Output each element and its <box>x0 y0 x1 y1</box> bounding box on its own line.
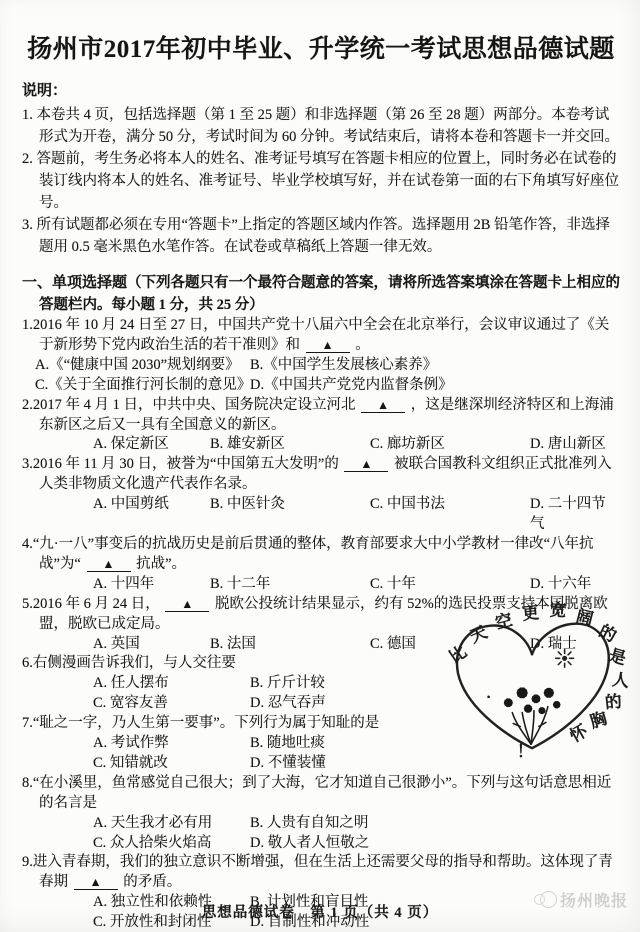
cartoon-caption-glyph: 阔 <box>574 605 595 629</box>
option-d: D. 敬人者人恒敬之 <box>250 834 620 854</box>
instructions-label: 说明： <box>22 80 620 102</box>
option-b: B. 人贵有自知之明 <box>250 814 620 834</box>
instruction-item-1: 1. 本卷共 4 页，包括选择题（第 1 至 25 题）和非选择题（第 26 至… <box>22 104 620 148</box>
option-a: A. 中国剪纸 <box>93 495 210 535</box>
answer-blank: ▲ <box>306 339 350 353</box>
option-b: B.《中国学生发展核心素养》 <box>250 356 620 376</box>
option-d: D. 唐山新区 <box>530 435 620 455</box>
question-options: A. 中国剪纸 B. 中医针灸 C. 中国书法 D. 二十四节气 <box>93 495 620 535</box>
option-c: C. 十年 <box>370 575 530 595</box>
option-c: C. 廊坊新区 <box>370 435 530 455</box>
cartoon-caption-glyph: 更 <box>521 603 540 624</box>
option-c: C. 众人拾柴火焰高 <box>93 834 250 854</box>
newspaper-logo-icon <box>540 891 557 908</box>
option-a: A. 英国 <box>93 635 210 655</box>
question-1: 1.2016 年 10 月 24 日至 27 日，中国共产党十八届六中全会在北京… <box>22 316 620 396</box>
answer-blank: ▲ <box>165 598 209 612</box>
option-d: D. 二十四节气 <box>530 495 620 535</box>
option-d: D.《中国共产党党内监督条例》 <box>250 376 620 396</box>
question-2: 2.2017 年 4 月 1 日，中共中央、国务院决定设立河北 ▲ ，这是继深圳… <box>22 396 620 456</box>
cartoon-caption-glyph: 的 <box>596 620 620 645</box>
exam-paper-page: 扬州市2017年初中毕业、升学统一考试思想品德试题 说明： 1. 本卷共 4 页… <box>0 0 640 932</box>
question-stem: 2.2017 年 4 月 1 日，中共中央、国务院决定设立河北 ▲ ，这是继深圳… <box>22 396 620 436</box>
instruction-item-2: 2. 答题前，考生务必将本人的姓名、准考证号填写在答题卡相应的位置上，同时务必在… <box>22 148 620 214</box>
option-b: B. 十二年 <box>210 575 370 595</box>
answer-blank: ▲ <box>87 558 131 572</box>
comic-illustration: 比天空更宽阔的是人的胸怀！ <box>436 602 634 762</box>
instruction-item-3: 3. 所有试题都必须在专用“答题卡”上指定的答题区域内作答。选择题用 2B 铅笔… <box>22 214 620 258</box>
question-options: A. 保定新区 B. 雄安新区 C. 廊坊新区 D. 唐山新区 <box>93 435 620 455</box>
question-8: 8.“在小溪里，鱼常感觉自己很大；到了大海，它才知道自己很渺小”。下列与这句话意… <box>22 774 620 854</box>
section-heading: 一、单项选择题（下列各题只有一个最符合题意的答案，请将所选答案填涂在答题卡上相应… <box>22 273 620 316</box>
cartoon-caption-glyph: 的 <box>604 691 623 713</box>
option-a: A. 天生我才必有用 <box>93 814 250 834</box>
option-a: A. 保定新区 <box>93 435 210 455</box>
question-stem: 8.“在小溪里，鱼常感觉自己很大；到了大海，它才知道自己很渺小”。下列与这句话意… <box>22 774 620 814</box>
cartoon-caption-glyph: 是 <box>607 646 629 669</box>
exam-title: 扬州市2017年初中毕业、升学统一考试思想品德试题 <box>22 34 620 66</box>
option-d: D. 十六年 <box>530 575 620 595</box>
newspaper-watermark-text: 扬州晚报 <box>560 888 628 911</box>
flower-bouquet <box>487 686 561 744</box>
cartoon-caption-glyph: ！ <box>517 742 534 761</box>
sparkle-icon <box>556 649 574 667</box>
newspaper-watermark: 扬州晚报 <box>540 888 628 911</box>
answer-blank: ▲ <box>361 399 405 413</box>
question-stem: 4.“九·一八”事变后的抗战历史是前后贯通的整体，教育部要求大中小学教材一律改“… <box>22 535 620 575</box>
answer-blank: ▲ <box>74 876 118 890</box>
question-options: A. 十四年 B. 十二年 C. 十年 D. 十六年 <box>93 575 620 595</box>
question-stem: 9.进入青春期，我们的独立意识不断增强，但在生活上还需要父母的指导和帮助。这体现… <box>22 853 620 893</box>
question-stem: 3.2016 年 11 月 30 日，被誉为“中国第五大发明”的 ▲ 被联合国教… <box>22 455 620 495</box>
question-options: A. 天生我才必有用 B. 人贵有自知之明 C. 众人拾柴火焰高 D. 敬人者人… <box>93 814 620 854</box>
question-3: 3.2016 年 11 月 30 日，被誉为“中国第五大发明”的 ▲ 被联合国教… <box>22 455 620 535</box>
option-c: C.《关于全面推行河长制的意见》 <box>35 376 250 396</box>
cartoon-caption-glyph: 人 <box>611 670 630 691</box>
comic-svg: 比天空更宽阔的是人的胸怀！ <box>436 602 634 762</box>
option-a: A. 考试作弊 <box>93 734 250 754</box>
section-description: （下列各题只有一个最符合题意的答案，请将所选答案填涂在答题卡上相应的答题栏内。每… <box>39 275 620 313</box>
option-b: B. 雄安新区 <box>210 435 370 455</box>
answer-blank: ▲ <box>344 458 388 472</box>
option-c: C. 中国书法 <box>370 495 530 535</box>
cartoon-caption-glyph: 比 <box>445 641 470 667</box>
cartoon-caption-glyph: 宽 <box>549 602 567 620</box>
option-a: A.《“健康中国 2030”规划纲要》 <box>35 356 250 376</box>
question-stem: 1.2016 年 10 月 24 日至 27 日，中国共产党十八届六中全会在北京… <box>22 316 620 356</box>
section-title: 一、单项选择题 <box>22 275 127 291</box>
cartoon-caption-glyph: 空 <box>493 609 515 633</box>
question-options: A.《“健康中国 2030”规划纲要》 B.《中国学生发展核心素养》 C.《关于… <box>35 356 620 396</box>
question-4: 4.“九·一八”事变后的抗战历史是前后贯通的整体，教育部要求大中小学教材一律改“… <box>22 535 620 595</box>
option-b: B. 中医针灸 <box>210 495 370 535</box>
option-c: C. 宽容友善 <box>93 694 250 714</box>
option-b: B. 法国 <box>210 635 370 655</box>
option-a: A. 任人摆布 <box>93 674 250 694</box>
option-a: A. 十四年 <box>93 575 210 595</box>
option-c: C. 知错就改 <box>93 754 250 774</box>
